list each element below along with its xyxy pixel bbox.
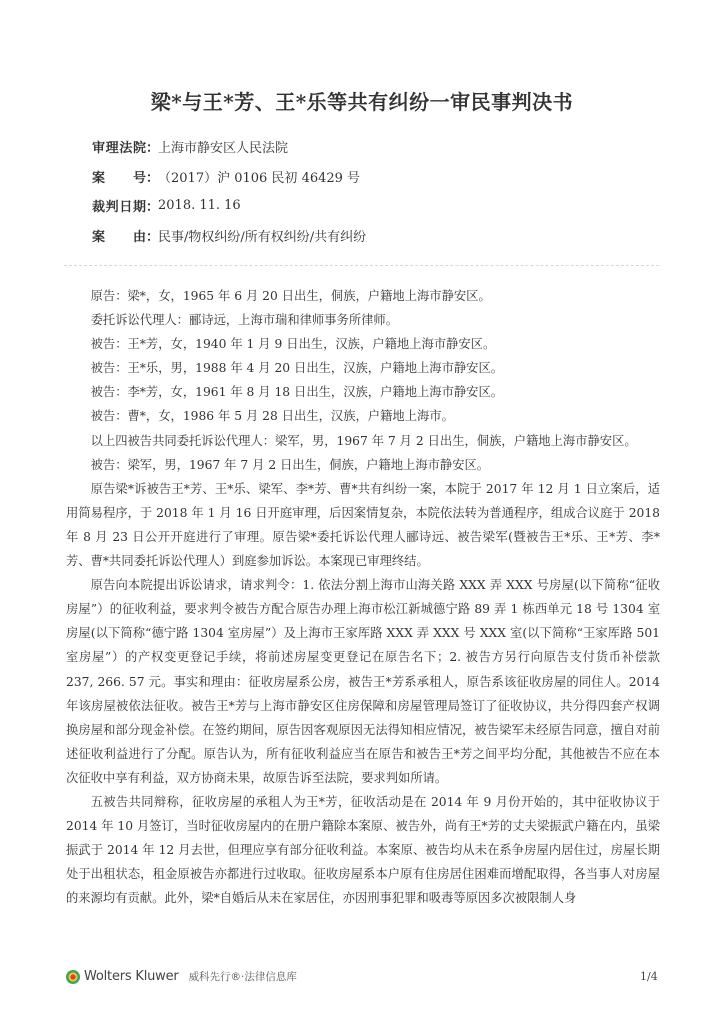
paragraph-defendant: 被告：梁军，男，1967 年 7 月 2 日出生，侗族，户籍地上海市静安区。	[66, 453, 660, 477]
meta-label: 案 号	[92, 167, 146, 186]
paragraph-plaintiff-claims: 原告向本院提出诉讼请求，请求判令：1. 依法分割上海市山海关路 XXX 弄 XX…	[66, 573, 660, 790]
meta-label: 案 由	[92, 226, 146, 245]
meta-judgment-date: 裁 判 日 期 ： 2018. 11. 16	[92, 191, 366, 221]
meta-colon: ：	[146, 137, 158, 156]
dashed-divider	[64, 265, 659, 266]
paragraph-defendant: 被告：李*芳，女，1961 年 8 月 18 日出生，汉族，户籍地上海市静安区。	[66, 380, 660, 404]
meta-court: 审 理 法 院 ： 上海市静安区人民法院	[92, 132, 366, 162]
meta-label: 审 理 法 院	[92, 137, 146, 156]
meta-colon: ：	[146, 167, 158, 186]
footer-branding: Wolters Kluwer 威科先行®·法律信息库	[66, 969, 297, 984]
paragraph-defendant: 被告：曹*，女，1986 年 5 月 28 日出生，汉族，户籍地上海市。	[66, 404, 660, 428]
document-title: 梁*与王*芳、王*乐等共有纠纷一审民事判决书	[0, 86, 724, 115]
meta-value-date: 2018. 11. 16	[158, 198, 241, 213]
case-meta: 审 理 法 院 ： 上海市静安区人民法院 案 号 ： （2017）沪 0106 …	[92, 132, 366, 250]
label-char: 理	[106, 137, 119, 156]
meta-colon: ：	[146, 226, 158, 245]
paragraph-case-procedure: 原告梁*诉被告王*芳、王*乐、梁军、李*芳、曹*共有纠纷一案，本院于 2017 …	[66, 477, 660, 573]
label-char: 号	[133, 167, 146, 186]
meta-label: 裁 判 日 期	[92, 196, 146, 215]
paragraph-defendants-agent: 以上四被告共同委托诉讼代理人：梁军，男，1967 年 7 月 2 日出生，侗族，…	[66, 429, 660, 453]
meta-colon: ：	[146, 196, 158, 215]
label-char: 日	[119, 196, 132, 215]
paragraph-plaintiff-agent: 委托诉讼代理人：郦诗远，上海市瑞和律师事务所律师。	[66, 308, 660, 332]
label-char: 期	[133, 196, 146, 215]
paragraph-defendant: 被告：王*芳，女，1940 年 1 月 9 日出生，汉族，户籍地上海市静安区。	[66, 332, 660, 356]
paragraph-defense: 五被告共同辩称，征收房屋的承租人为王*芳，征收活动是在 2014 年 9 月份开…	[66, 790, 660, 910]
label-char: 裁	[92, 196, 105, 215]
meta-case-number: 案 号 ： （2017）沪 0106 民初 46429 号	[92, 162, 366, 192]
meta-value-cause: 民事/物权纠纷/所有权纠纷/共有纠纷	[158, 226, 366, 245]
meta-value-case-number: （2017）沪 0106 民初 46429 号	[158, 167, 360, 186]
judgment-body: 原告：梁*，女，1965 年 6 月 20 日出生，侗族，户籍地上海市静安区。 …	[66, 284, 660, 910]
page-number: 1/4	[640, 970, 658, 983]
brand-name-cn: 威科先行®·法律信息库	[189, 969, 297, 984]
paragraph-defendant: 被告：王*乐，男，1988 年 4 月 20 日出生，汉族，户籍地上海市静安区。	[66, 356, 660, 380]
label-char: 由	[133, 226, 146, 245]
label-char: 审	[92, 137, 105, 156]
paragraph-plaintiff: 原告：梁*，女，1965 年 6 月 20 日出生，侗族，户籍地上海市静安区。	[66, 284, 660, 308]
meta-cause: 案 由 ： 民事/物权纠纷/所有权纠纷/共有纠纷	[92, 221, 366, 251]
label-char: 判	[106, 196, 119, 215]
label-char: 法	[119, 137, 132, 156]
label-char: 案	[92, 226, 105, 245]
brand-name: Wolters Kluwer	[84, 969, 179, 984]
label-char: 院	[133, 137, 146, 156]
wolters-kluwer-logo-icon	[66, 970, 80, 984]
meta-value-court: 上海市静安区人民法院	[158, 137, 288, 156]
label-char: 案	[92, 167, 105, 186]
